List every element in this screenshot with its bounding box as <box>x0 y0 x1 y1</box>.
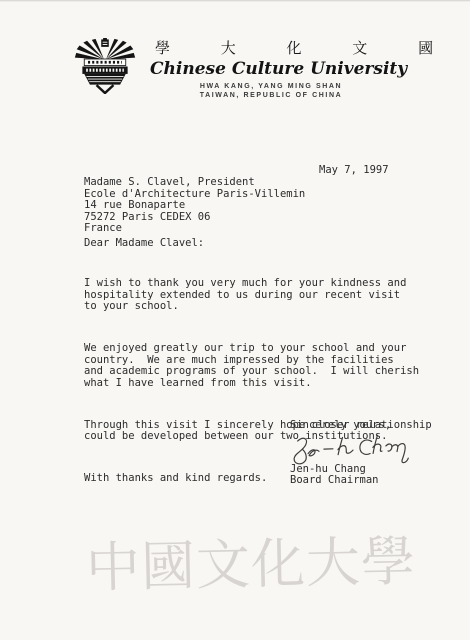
signature-title: Board Chairman <box>290 475 379 487</box>
salutation: Dear Madame Clavel: <box>84 238 204 250</box>
body-paragraph: We enjoyed greatly our trip to your scho… <box>84 343 432 389</box>
letterhead-location-line2: TAIWAN, REPUBLIC OF CHINA <box>150 91 392 100</box>
scan-edge-artifact <box>0 0 470 2</box>
closing-line: Sincerely yours, <box>290 420 391 432</box>
letter-date: May 7, 1997 <box>319 165 389 177</box>
letterhead-university-name: Chinese Culture University <box>150 60 392 78</box>
letterhead: 學 大 化 文 國 中 Chinese Culture University H… <box>150 40 392 100</box>
watermark-cjk-text: 中國文化大學 <box>85 531 416 600</box>
letter-body: I wish to thank you very much for your k… <box>84 255 432 515</box>
body-paragraph: I wish to thank you very much for your k… <box>84 278 432 313</box>
letterhead-cjk-title: 學 大 化 文 國 中 <box>155 40 392 56</box>
scanned-letter-page: 學 大 化 文 國 中 Chinese Culture University H… <box>0 0 470 640</box>
university-crest-icon <box>72 38 138 94</box>
letterhead-location-line1: HWA KANG, YANG MING SHAN <box>150 82 392 91</box>
body-paragraph: With thanks and kind regards. <box>84 473 432 485</box>
recipient-address-block: Madame S. Clavel, President Ecole d'Arch… <box>84 177 305 235</box>
